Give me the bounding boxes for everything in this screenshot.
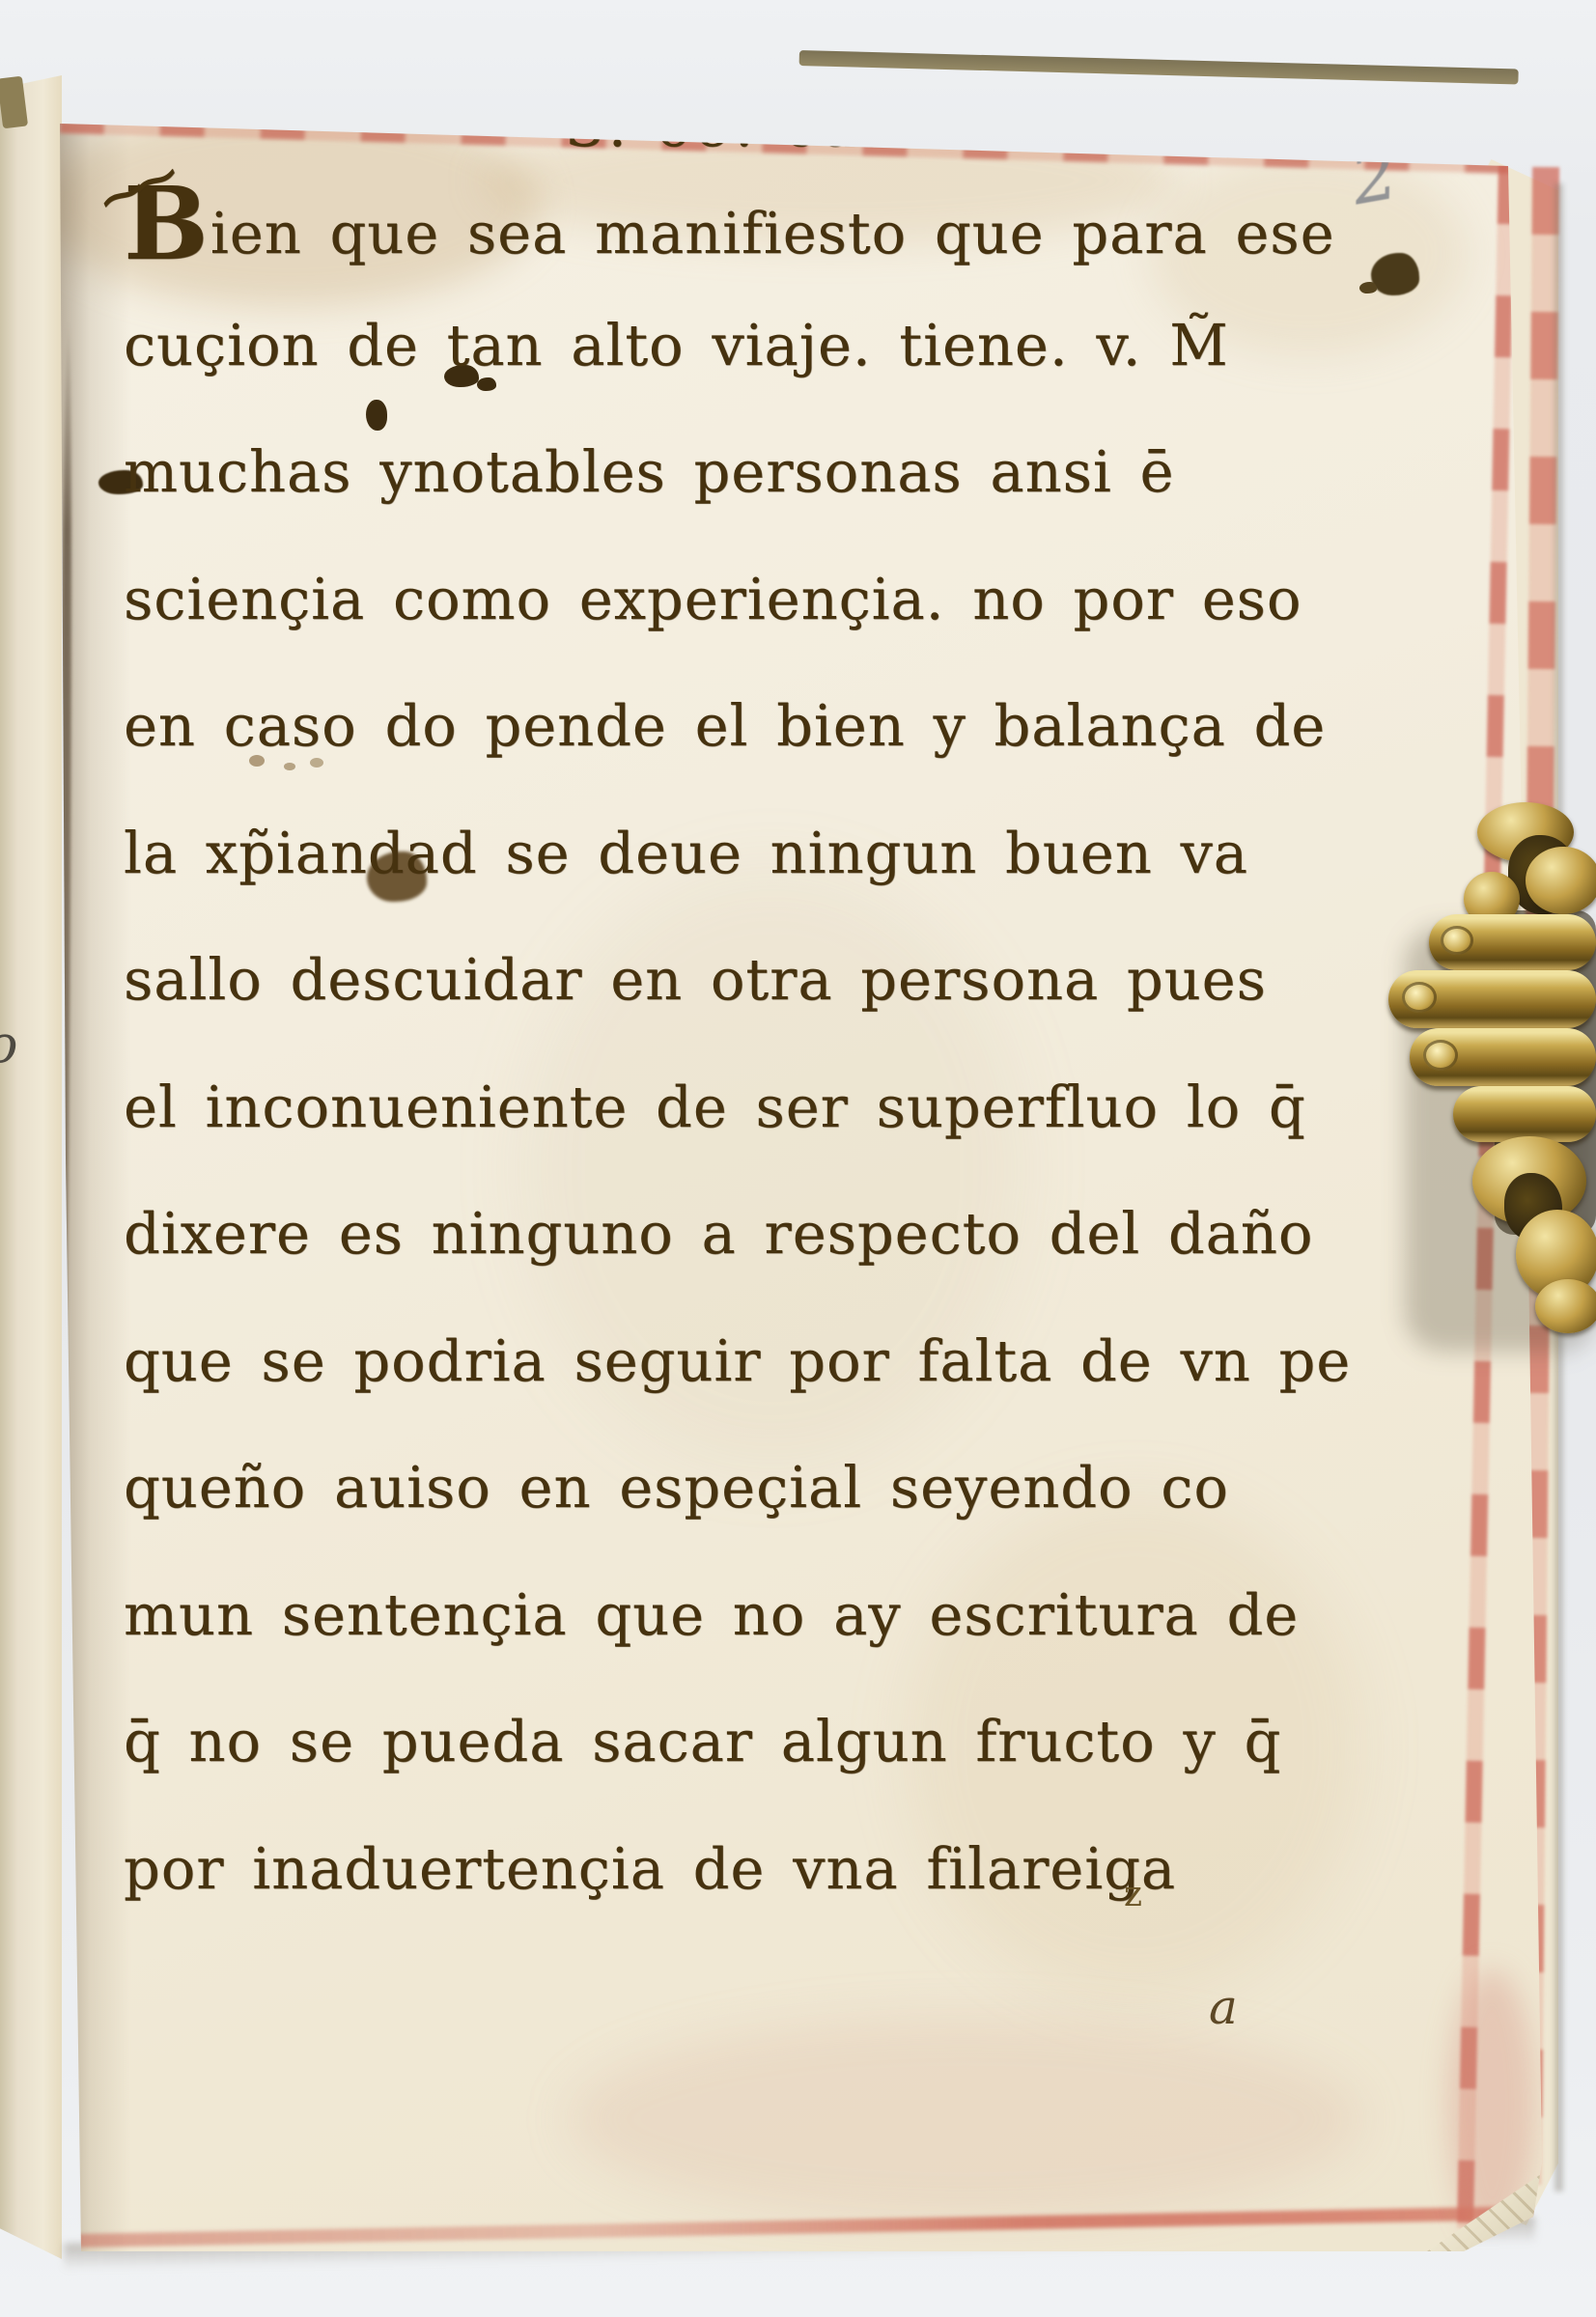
text-line: sciençia como experiençia. no por eso (124, 536, 1398, 663)
text-line: el inconueniente de ser superfluo lo q̄ (124, 1044, 1398, 1171)
left-edge-mark: o (0, 1014, 18, 1075)
brass-clasp (1381, 796, 1596, 1337)
text-block: ⁓⁓Bien que sea manifiesto que para ese c… (124, 154, 1398, 1932)
decorated-initial: ⁓⁓B (124, 164, 209, 283)
facing-page-edge (0, 75, 62, 2259)
text-line: que se podria seguir por falta de vn pe (124, 1298, 1398, 1425)
book-cover-top-edge (799, 50, 1519, 84)
clasp-ornament (1526, 847, 1596, 914)
clasp-finger (1453, 1086, 1596, 1142)
text-line: sallo descuidar en otra persona pues (124, 916, 1398, 1044)
text-line: ⁓⁓Bien que sea manifiesto que para ese (124, 154, 1398, 282)
clasp-rivet (1441, 926, 1473, 955)
text-line: la xp̃iandad se deue ningun buen va (124, 790, 1398, 917)
text-line: por inaduertençia de vna filareiga (124, 1805, 1398, 1933)
text-line: queño auiso en espeçial seyendo co (124, 1424, 1398, 1551)
text-line: en caso do pende el bien y balança de (124, 662, 1398, 790)
text-line: mun sentençia que no ay escritura de (124, 1551, 1398, 1679)
text-line: dixere es ninguno a respecto del daño (124, 1170, 1398, 1298)
text-line: cuçion de tan alto viaje. tiene. v. M̃ (124, 282, 1398, 409)
margin-mark: z (1124, 1875, 1142, 1914)
manuscript-photo: S. ce. ca. M. ⁓⁓Bien que sea manifiesto … (0, 0, 1596, 2317)
stain (570, 2018, 1361, 2220)
text-line: q̄ no se pueda sacar algun fructo y q̄ (124, 1678, 1398, 1805)
manuscript-page: S. ce. ca. M. ⁓⁓Bien que sea manifiesto … (0, 0, 1596, 2317)
clasp-rivet (1423, 1040, 1458, 1071)
header-inscription: S. ce. ca. M. (299, 93, 1265, 160)
text-line: muchas ynotables personas ansi ē (124, 408, 1398, 536)
clasp-knob (1535, 1279, 1596, 1333)
clasp-rivet (1402, 982, 1437, 1013)
red-edge-bottom (77, 2206, 1537, 2247)
catchword: a (1209, 1979, 1238, 2035)
